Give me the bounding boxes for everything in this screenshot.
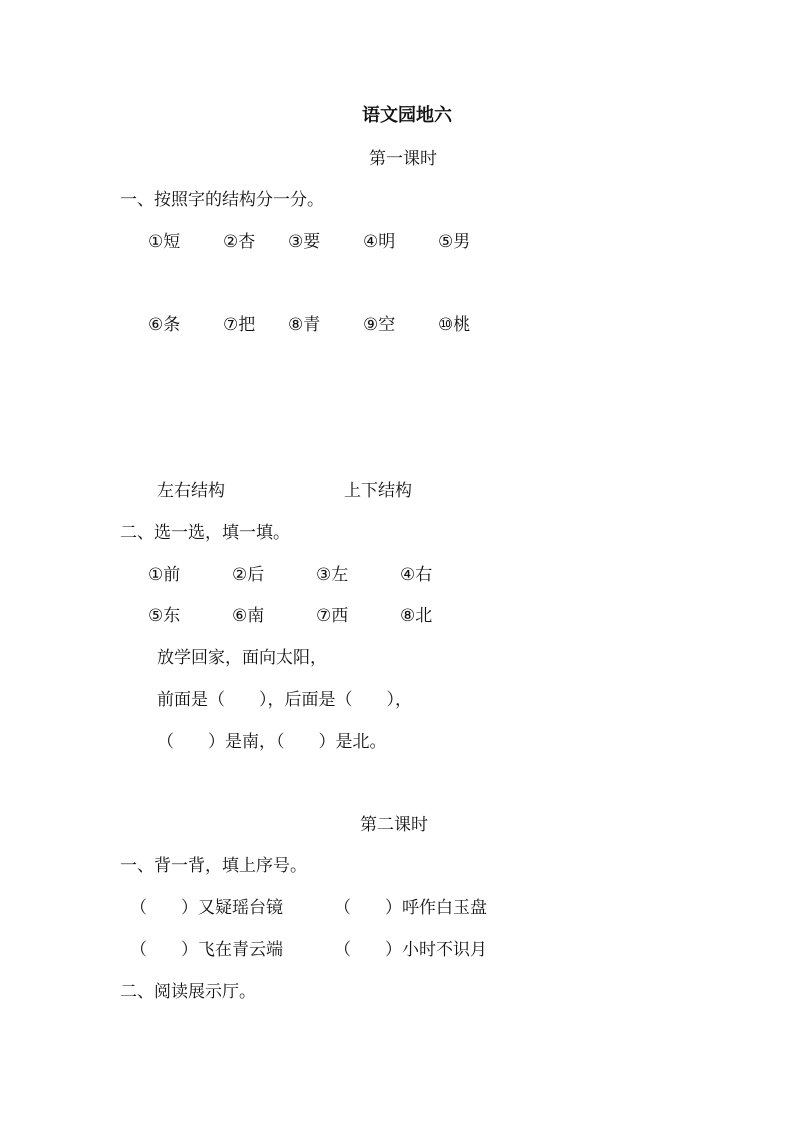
category-left-right: 左右结构 (157, 481, 225, 501)
option-item: ⑥南 (232, 606, 264, 626)
char-item: ③要 (288, 232, 320, 252)
char-item: ④明 (363, 232, 395, 252)
char-item: ⑨空 (363, 315, 395, 335)
lesson2-q1-prompt: 一、背一背，填上序号。 (120, 856, 307, 876)
char-item: ②杏 (223, 232, 255, 252)
char-item: ⑤男 (438, 232, 470, 252)
poem-line: （ ）又疑瑶台镜 (130, 898, 283, 918)
option-item: ④右 (400, 565, 432, 585)
page-title: 语文园地六 (362, 106, 452, 126)
char-item: ⑥条 (148, 315, 180, 335)
option-item: ⑦西 (316, 606, 348, 626)
option-item: ⑤东 (148, 606, 180, 626)
category-top-bottom: 上下结构 (344, 481, 412, 501)
poem-line: （ ）飞在青云端 (130, 940, 283, 960)
char-item: ⑩桃 (438, 315, 470, 335)
lesson2-q2-prompt: 二、阅读展示厅。 (120, 982, 256, 1002)
fill-line: （ ）是南，（ ）是北。 (157, 732, 387, 752)
lesson1-heading: 第一课时 (369, 149, 437, 169)
fill-line: 前面是（ ），后面是（ ）， (157, 690, 412, 710)
lesson1-q1-prompt: 一、按照字的结构分一分。 (120, 190, 324, 210)
poem-line: （ ）呼作白玉盘 (334, 898, 487, 918)
option-item: ①前 (148, 565, 180, 585)
lesson2-heading: 第二课时 (360, 815, 428, 835)
option-item: ②后 (232, 565, 264, 585)
option-item: ③左 (316, 565, 348, 585)
lesson1-q2-prompt: 二、选一选，填一填。 (120, 523, 290, 543)
fill-line: 放学回家，面向太阳， (157, 648, 327, 668)
char-item: ⑦把 (223, 315, 255, 335)
char-item: ①短 (148, 232, 180, 252)
char-item: ⑧青 (288, 315, 320, 335)
option-item: ⑧北 (400, 606, 432, 626)
poem-line: （ ）小时不识月 (334, 940, 487, 960)
